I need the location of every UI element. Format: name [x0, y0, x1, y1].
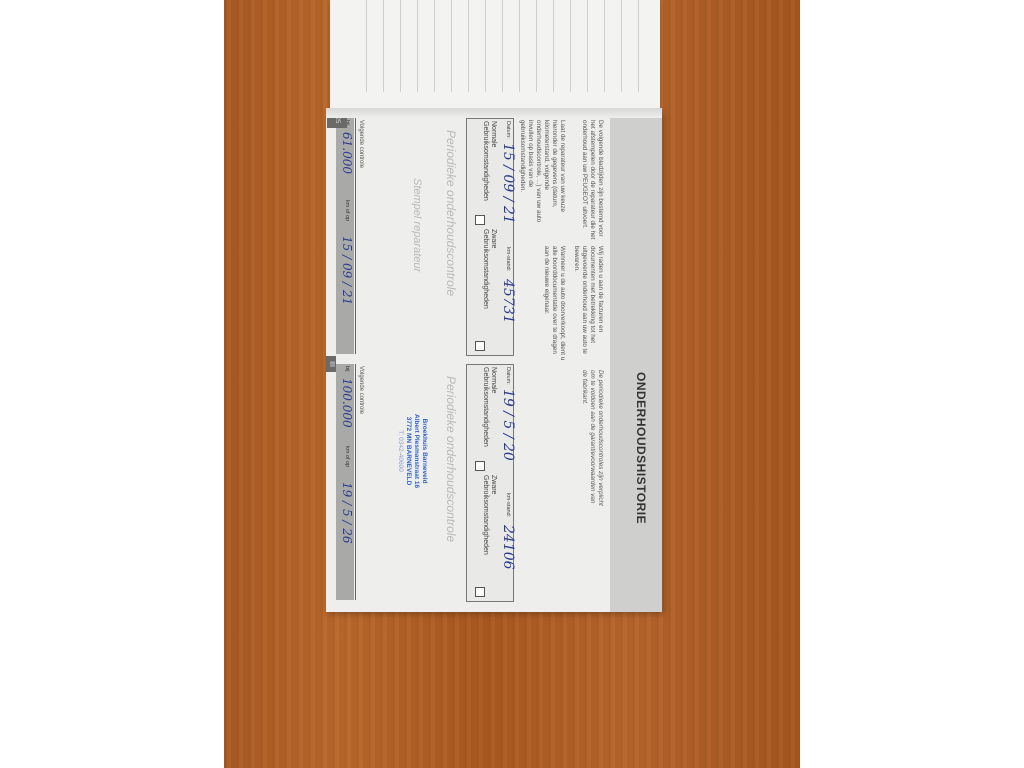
handwritten-next-km: 61.000 — [340, 132, 354, 174]
blank-lined-page — [330, 0, 660, 112]
intro-paragraph-1: De volgende bladzijden zijn bestemd voor… — [580, 120, 604, 240]
heavy-conditions-label: Zware Gebruiksomstandigheden — [481, 475, 497, 575]
handwritten-next-date: 19 / 5 / 26 — [340, 482, 354, 544]
next-check-label: Volgende controle — [358, 120, 364, 168]
date-label: Datum: — [505, 121, 511, 139]
ruled-lines — [350, 0, 640, 92]
heavy-conditions-checkbox[interactable] — [475, 341, 485, 351]
divider — [355, 364, 356, 600]
booklet-spine — [326, 108, 662, 118]
mileage-label: km-stand: — [505, 493, 511, 517]
handwritten-next-km: 100.000 — [340, 378, 354, 428]
heavy-conditions-label: Zware Gebruiksomstandigheden — [481, 229, 497, 329]
handwritten-date: 15 / 09 / 21 — [500, 143, 516, 224]
at-km-label: bij — [344, 366, 350, 372]
handwritten-next-date: 15 / 09 / 21 — [340, 236, 354, 305]
periodic-check-heading: Periodieke onderhoudscontrole — [444, 376, 458, 542]
mileage-label: km-stand: — [505, 247, 511, 271]
normal-conditions-label: Normale Gebruiksomstandigheden — [481, 367, 497, 447]
intro-paragraph-3: Wij raden u aan de facturen en documente… — [572, 246, 604, 362]
next-check-bar: bij 61.000 km of op 15 / 09 / 21 — [336, 118, 354, 354]
km-or-on-label: km of op — [344, 200, 350, 221]
intro-paragraph-2: Laat de reparateur van uw keuze hieronde… — [518, 120, 566, 240]
next-check-bar: bij 100.000 km of op 19 / 5 / 26 — [336, 364, 354, 600]
next-check-label: Volgende controle — [358, 366, 364, 414]
dealer-name: Broekhuis Barneveld — [420, 414, 428, 488]
record-form-box: Datum: 19 / 5 / 20 km-stand: 24106 Norma… — [466, 364, 514, 602]
heavy-conditions-checkbox[interactable] — [475, 587, 485, 597]
divider — [355, 118, 356, 354]
section-marker: III — [326, 356, 336, 372]
km-or-on-label: km of op — [344, 446, 350, 467]
stamp-placeholder: Stempel reparateur — [410, 178, 424, 272]
background-left — [0, 0, 224, 768]
normal-conditions-label: Normale Gebruiksomstandigheden — [481, 121, 497, 201]
page-title: ONDERHOUDSHISTORIE — [634, 372, 648, 524]
dealer-phone: T: 0342-40600 — [396, 414, 404, 488]
intro-paragraph-5: De periodieke onderhoudscontroles zijn v… — [580, 370, 604, 510]
dealer-city: 3772 MN BARNEVELD — [404, 414, 412, 488]
header-bar: ONDERHOUDSHISTORIE — [610, 112, 662, 612]
dealer-street: Albert Plesmanstraat 16 — [412, 414, 420, 488]
dealer-stamp: Broekhuis Barneveld Albert Plesmanstraat… — [396, 414, 428, 488]
date-label: Datum: — [505, 367, 511, 385]
handwritten-date: 19 / 5 / 20 — [500, 389, 516, 461]
maintenance-history-page: ONDERHOUDSHISTORIE De volgende bladzijde… — [326, 112, 662, 612]
handwritten-mileage: 45731 — [500, 279, 516, 324]
normal-conditions-checkbox[interactable] — [475, 461, 485, 471]
normal-conditions-checkbox[interactable] — [475, 215, 485, 225]
maintenance-record-2: Datum: 19 / 5 / 20 km-stand: 24106 Norma… — [329, 364, 514, 602]
intro-paragraph-4: Wanneer u de auto doorverkoopt, dient u … — [542, 246, 566, 362]
record-form-box: Datum: 15 / 09 / 21 km-stand: 45731 Norm… — [466, 118, 514, 356]
handwritten-mileage: 24106 — [500, 525, 516, 570]
maintenance-record-1: Datum: 15 / 09 / 21 km-stand: 45731 Norm… — [329, 118, 514, 356]
background-right — [800, 0, 1024, 768]
periodic-check-heading: Periodieke onderhoudscontrole — [444, 130, 458, 296]
